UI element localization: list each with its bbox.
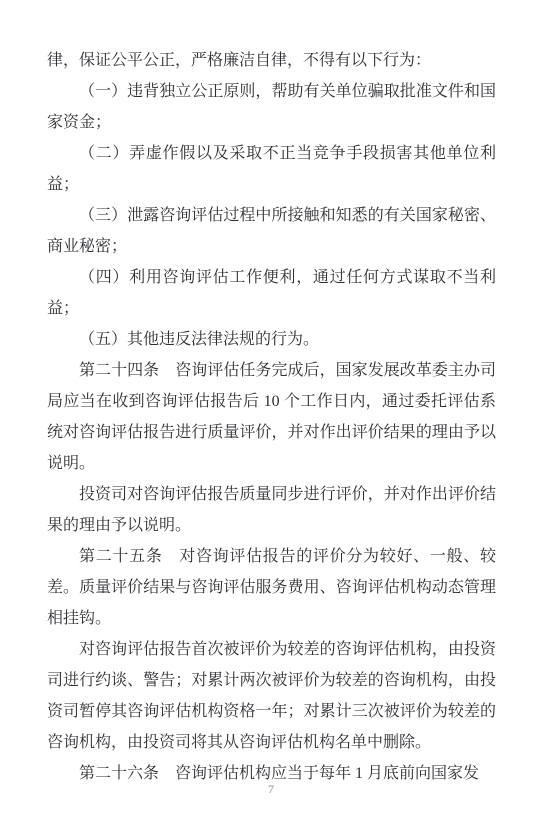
paragraph-item-2: （二）弄虚作假以及采取不正当竞争手段损害其他单位利益； <box>47 138 496 200</box>
paragraph-item-3: （三）泄露咨询评估过程中所接触和知悉的有关国家秘密、商业秘密； <box>47 200 496 262</box>
page-number: 7 <box>0 782 542 796</box>
paragraph-article-25-2: 对咨询评估报告首次被评价为较差的咨询评估机构，由投资司进行约谈、警告；对累计两次… <box>47 634 496 758</box>
paragraph-article-24: 第二十四条 咨询评估任务完成后，国家发展改革委主办司局应当在收到咨询评估报告后 … <box>47 355 496 479</box>
paragraph-article-24-2: 投资司对咨询评估报告质量同步进行评价，并对作出评价结果的理由予以说明。 <box>47 479 496 541</box>
paragraph-item-1: （一）违背独立公正原则，帮助有关单位骗取批准文件和国家资金； <box>47 76 496 138</box>
paragraph-item-5: （五）其他违反法律法规的行为。 <box>47 324 496 355</box>
document-text-block: 律，保证公平公正，严格廉洁自律，不得有以下行为： （一）违背独立公正原则，帮助有… <box>47 45 496 789</box>
paragraph-item-4: （四）利用咨询评估工作便利，通过任何方式谋取不当利益； <box>47 262 496 324</box>
document-page: 律，保证公平公正，严格廉洁自律，不得有以下行为： （一）违背独立公正原则，帮助有… <box>0 0 542 813</box>
paragraph-continuation: 律，保证公平公正，严格廉洁自律，不得有以下行为： <box>47 45 496 76</box>
paragraph-article-25: 第二十五条 对咨询评估报告的评价分为较好、一般、较差。质量评价结果与咨询评估服务… <box>47 541 496 634</box>
